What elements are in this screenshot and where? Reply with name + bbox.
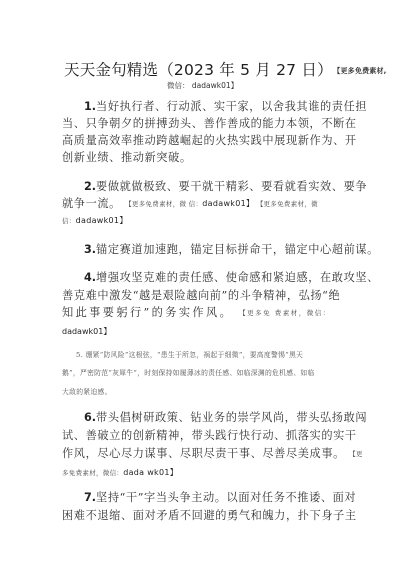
title-promo: 【更多免费素材, [337, 67, 387, 75]
quote-line: 善克难中激发“越是艰险越向前”的斗争精神，弘扬“绝 [62, 289, 340, 303]
quote-line: 大敌的紧迫感。 [62, 387, 112, 397]
quote-line: 多免费素材，微信：dada wk01】 [62, 466, 178, 480]
quote-line: 试、善破立的创新精神，带头践行快行动、抓落实的实干 [62, 429, 357, 443]
document-page: 天天金句精选（2023 年 5 月 27 日）【更多免费素材, 微信： dada… [0, 0, 410, 580]
quote-line: 信：dadawk01】 [62, 214, 128, 228]
quote-line: 知此事要躬行”的务实作风。 【更多免 费素材，微信： [62, 306, 331, 320]
item-number: 2. [84, 180, 96, 193]
promo-tag: 【更 [349, 450, 363, 458]
title-text: 天天金句精选（2023 年 5 月 27 日） [64, 61, 333, 79]
quote-line: 6.带头倡树研政策、钻业务的崇学风尚，带头弘扬敢闯 [84, 411, 367, 425]
document-subtitle: 微信： dadawk01】 [167, 80, 238, 91]
item-number: 7. [84, 491, 96, 504]
quote-line: 当、只争朝夕的拼搏劲头、善作善成的能力本领，不断在 [62, 117, 357, 131]
quote-line: 3.锚定赛道加速跑，锚定目标拼命干，锚定中心超前谋。 [84, 243, 379, 257]
item-number: 6. [84, 411, 96, 424]
quote-line: 高质量高效率推动跨越崛起的火热实践中展现新作为、开 [62, 134, 357, 148]
item-number: 1. [84, 100, 96, 113]
quote-line: 困难不退缩、面对矛盾不回避的勇气和魄力，扑下身子主 [62, 509, 357, 523]
quote-line: 创新业绩、推动新突破。 [62, 151, 192, 165]
quote-line: 鹅”，严密防范“灰犀牛”，时刻保持如履薄冰的责任感、如临深渊的危机感、如临 [62, 368, 315, 378]
document-title: 天天金句精选（2023 年 5 月 27 日）【更多免费素材, [64, 58, 387, 80]
quote-line: 7.坚持“干”字当头争主动。以面对任务不推诿、面对 [84, 491, 356, 505]
item-number: 4. [84, 271, 96, 284]
promo-tag: 信：dadawk01】 [62, 217, 128, 225]
item-number: 3. [84, 243, 96, 256]
promo-tag: 【更多免 费素材，微信： [239, 309, 331, 317]
promo-tag: 多免费素材，微信：dada wk01】 [62, 469, 178, 477]
quote-line: 4.增强攻坚克难的责任感、使命感和紧迫感，在敢攻坚、 [84, 271, 379, 285]
quote-line: 5. 绷紧“防风险”这根弦，“患生于所忽，祸起于细微”，要高度警惕“黑天 [76, 350, 303, 360]
quote-line: 1.当好执行者、行动派、实干家，以舍我其谁的责任担 [84, 100, 367, 114]
promo-wechat-id: dadawk01】 [62, 326, 111, 337]
promo-tag: 【更多免费素材，微 信：dadawk01】 【更多免费素材，微 [125, 200, 318, 208]
quote-line: 2.要做就做极致、要干就干精彩、要看就看实效、要争 [84, 180, 367, 194]
quote-line: 作风，尽心尽力谋事、尽职尽责干事、尽善尽美成事。 【更 [62, 447, 363, 461]
quote-line: 就争一流。 【更多免费素材，微 信：dadawk01】 【更多免费素材，微 [62, 197, 318, 211]
